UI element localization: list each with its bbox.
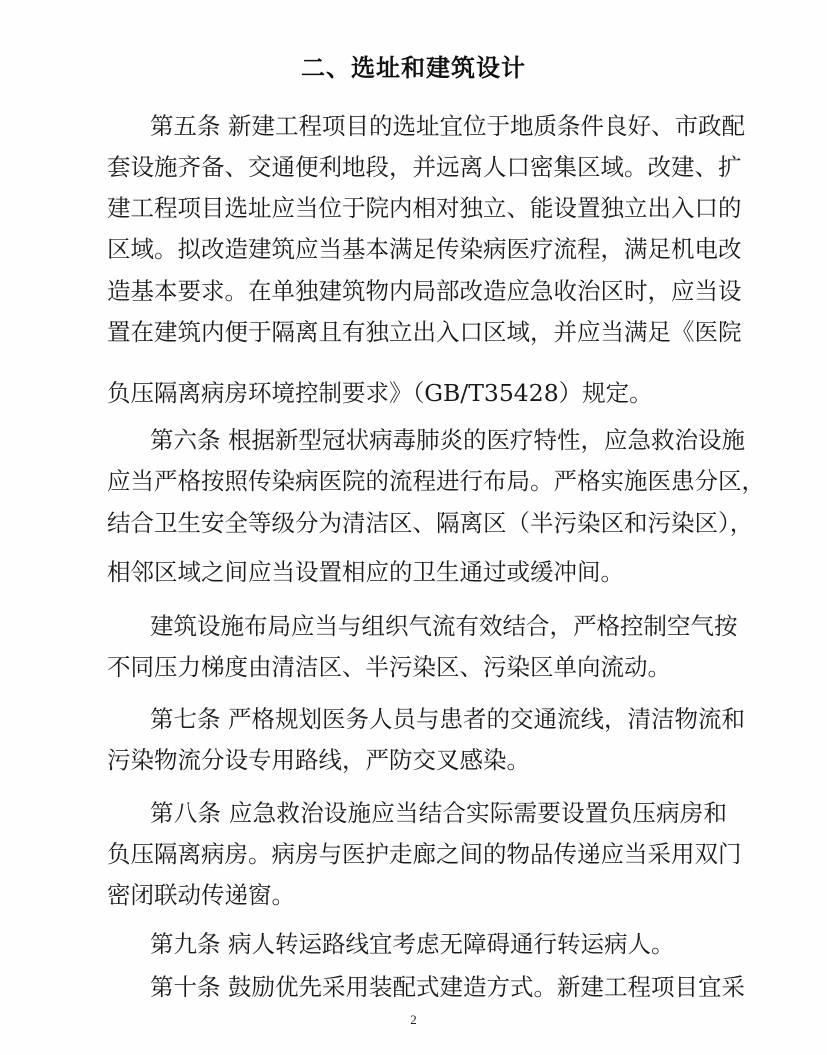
text-line: 结合卫生安全等级分为清洁区、隔离区（半污染区和污染区），: [107, 508, 727, 538]
text-line: 第七条 严格规划医务人员与患者的交通流线，清洁物流和: [150, 704, 727, 734]
document-page: 二、选址和建筑设计 第五条 新建工程项目的选址宜位于地质条件良好、市政配套设施齐…: [0, 0, 827, 1055]
text-line: 建筑设施布局应当与组织气流有效结合，严格控制空气按: [150, 611, 727, 641]
text-line: 套设施齐备、交通便利地段，并远离人口密集区域。改建、扩: [107, 152, 727, 182]
text-line: 应当严格按照传染病医院的流程进行布局。严格实施医患分区，: [107, 466, 727, 496]
text-line: 相邻区域之间应当设置相应的卫生通过或缓冲间。: [107, 557, 727, 587]
text-line: 污染物流分设专用路线，严防交叉感染。: [107, 745, 727, 775]
page-number: 2: [0, 1012, 827, 1028]
text-line: 负压隔离病房。病房与医护走廊之间的物品传递应当采用双门: [107, 839, 727, 869]
text-line: 密闭联动传递窗。: [107, 880, 727, 910]
text-line: 不同压力梯度由清洁区、半污染区、污染区单向流动。: [107, 652, 727, 682]
text-line: 置在建筑内便于隔离且有独立出入口区域，并应当满足《医院: [107, 317, 727, 347]
text-line: 造基本要求。在单独建筑物内局部改造应急收治区时，应当设: [107, 276, 727, 306]
text-line: 负压隔离病房环境控制要求》（GB/T35428）规定。: [107, 378, 727, 408]
text-line: 第九条 病人转运路线宜考虑无障碍通行转运病人。: [150, 929, 727, 959]
text-line: 第五条 新建工程项目的选址宜位于地质条件良好、市政配: [150, 111, 727, 141]
text-line: 第十条 鼓励优先采用装配式建造方式。新建工程项目宜采: [150, 972, 727, 1002]
text-line: 第八条 应急救治设施应当结合实际需要设置负压病房和: [150, 798, 727, 828]
text-line: 区域。拟改造建筑应当基本满足传染病医疗流程，满足机电改: [107, 234, 727, 264]
text-line: 建工程项目选址应当位于院内相对独立、能设置独立出入口的: [107, 193, 727, 223]
text-line: 第六条 根据新型冠状病毒肺炎的医疗特性，应急救治设施: [150, 425, 727, 455]
section-title: 二、选址和建筑设计: [0, 48, 827, 83]
